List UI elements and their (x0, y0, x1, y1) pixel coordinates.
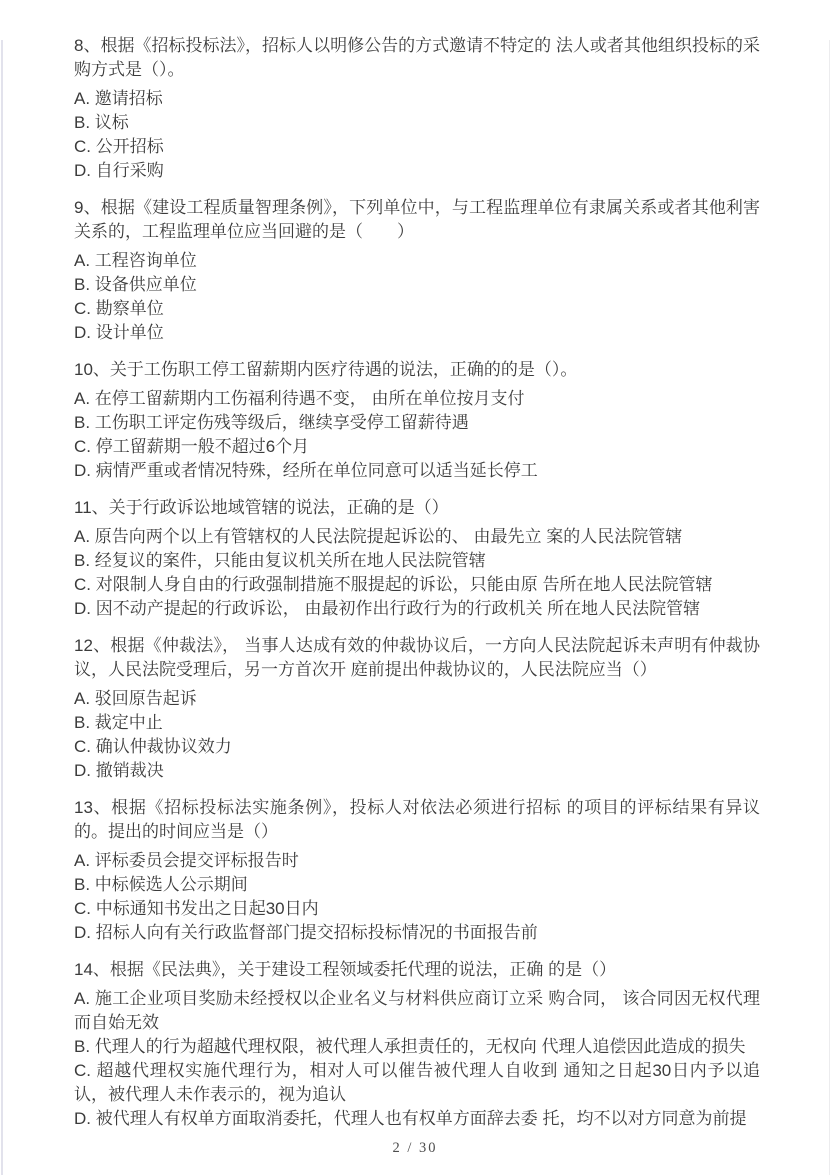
question-option-c: C. 停工留薪期一般不超过6个月 (74, 435, 760, 459)
question-option-a: A. 驳回原告起诉 (74, 687, 760, 711)
question-option-d: D. 因不动产提起的行政诉讼， 由最初作出行政行为的行政机关 所在地人民法院管辖 (74, 597, 760, 621)
question-option-b: B. 代理人的行为超越代理权限，被代理人承担责任的，无权向 代理人追偿因此造成的… (74, 1035, 760, 1059)
exam-question-list: 8、根据《招标投标法》，招标人以明修公告的方式邀请不特定的 法人或者其他组织投标… (0, 0, 830, 1144)
question-block-13: 13、根据《招标投标法实施条例》，投标人对依法必须进行招标 的项目的评标结果有异… (74, 796, 760, 945)
question-option-b: B. 裁定中止 (74, 711, 760, 735)
question-option-c: C. 中标通知书发出之日起30日内 (74, 897, 760, 921)
question-option-d: D. 病情严重或者情况特殊，经所在单位同意可以适当延长停工 (74, 459, 760, 483)
question-stem: 12、根据《仲裁法》， 当事人达成有效的仲裁协议后，一方向人民法院起诉未声明有仲… (74, 634, 760, 682)
page-footer: 2 / 30 (0, 1140, 830, 1157)
question-option-a: A. 工程咨询单位 (74, 249, 760, 273)
question-stem: 14、根据《民法典》，关于建设工程领域委托代理的说法，正确 的是（） (74, 958, 760, 982)
question-option-a: A. 评标委员会提交评标报告时 (74, 849, 760, 873)
question-block-8: 8、根据《招标投标法》，招标人以明修公告的方式邀请不特定的 法人或者其他组织投标… (74, 34, 760, 183)
question-stem: 10、关于工伤职工停工留薪期内医疗待遇的说法，正确的的是（）。 (74, 358, 760, 382)
question-option-a: A. 邀请招标 (74, 87, 760, 111)
question-block-9: 9、根据《建设工程质量智理条例》，下列单位中，与工程监理单位有隶属关系或者其他利… (74, 196, 760, 345)
question-option-d: D. 设计单位 (74, 321, 760, 345)
question-option-d: D. 招标人向有关行政监督部门提交招标投标情况的书面报告前 (74, 921, 760, 945)
question-option-b: B. 议标 (74, 111, 760, 135)
question-option-a: A. 施工企业项目奖励未经授权以企业名义与材料供应商订立采 购合同， 该合同因无… (74, 987, 760, 1035)
question-block-12: 12、根据《仲裁法》， 当事人达成有效的仲裁协议后，一方向人民法院起诉未声明有仲… (74, 634, 760, 783)
question-block-10: 10、关于工伤职工停工留薪期内医疗待遇的说法，正确的的是（）。 A. 在停工留薪… (74, 358, 760, 483)
question-stem: 11、关于行政诉讼地域管辖的说法，正确的是（） (74, 496, 760, 520)
question-stem: 9、根据《建设工程质量智理条例》，下列单位中，与工程监理单位有隶属关系或者其他利… (74, 196, 760, 244)
question-stem: 13、根据《招标投标法实施条例》，投标人对依法必须进行招标 的项目的评标结果有异… (74, 796, 760, 844)
question-stem: 8、根据《招标投标法》，招标人以明修公告的方式邀请不特定的 法人或者其他组织投标… (74, 34, 760, 82)
question-option-b: B. 经复议的案件，只能由复议机关所在地人民法院管辖 (74, 549, 760, 573)
question-option-c: C. 公开招标 (74, 135, 760, 159)
question-option-c: C. 超越代理权实施代理行为，相对人可以催告被代理人自收到 通知之日起30日内予… (74, 1059, 760, 1107)
question-option-c: C. 对限制人身自由的行政强制措施不服提起的诉讼，只能由原 告所在地人民法院管辖 (74, 573, 760, 597)
question-option-c: C. 勘察单位 (74, 297, 760, 321)
question-block-11: 11、关于行政诉讼地域管辖的说法，正确的是（） A. 原告向两个以上有管辖权的人… (74, 496, 760, 621)
question-option-a: A. 原告向两个以上有管辖权的人民法院提起诉讼的、 由最先立 案的人民法院管辖 (74, 525, 760, 549)
question-option-d: D. 自行采购 (74, 159, 760, 183)
question-block-14: 14、根据《民法典》，关于建设工程领域委托代理的说法，正确 的是（） A. 施工… (74, 958, 760, 1131)
question-option-d: D. 撤销裁决 (74, 759, 760, 783)
question-option-c: C. 确认仲裁协议效力 (74, 735, 760, 759)
question-option-b: B. 中标候选人公示期间 (74, 873, 760, 897)
question-option-b: B. 设备供应单位 (74, 273, 760, 297)
question-option-a: A. 在停工留薪期内工伤福利待遇不变， 由所在单位按月支付 (74, 387, 760, 411)
page-number-indicator: 2 / 30 (392, 1140, 437, 1156)
question-option-b: B. 工伤职工评定伤残等级后，继续享受停工留薪待遇 (74, 411, 760, 435)
document-page: 8、根据《招标投标法》，招标人以明修公告的方式邀请不特定的 法人或者其他组织投标… (0, 0, 830, 1175)
question-option-d: D. 被代理人有权单方面取消委托，代理人也有权单方面辞去委 托，均不以对方同意为… (74, 1107, 760, 1131)
